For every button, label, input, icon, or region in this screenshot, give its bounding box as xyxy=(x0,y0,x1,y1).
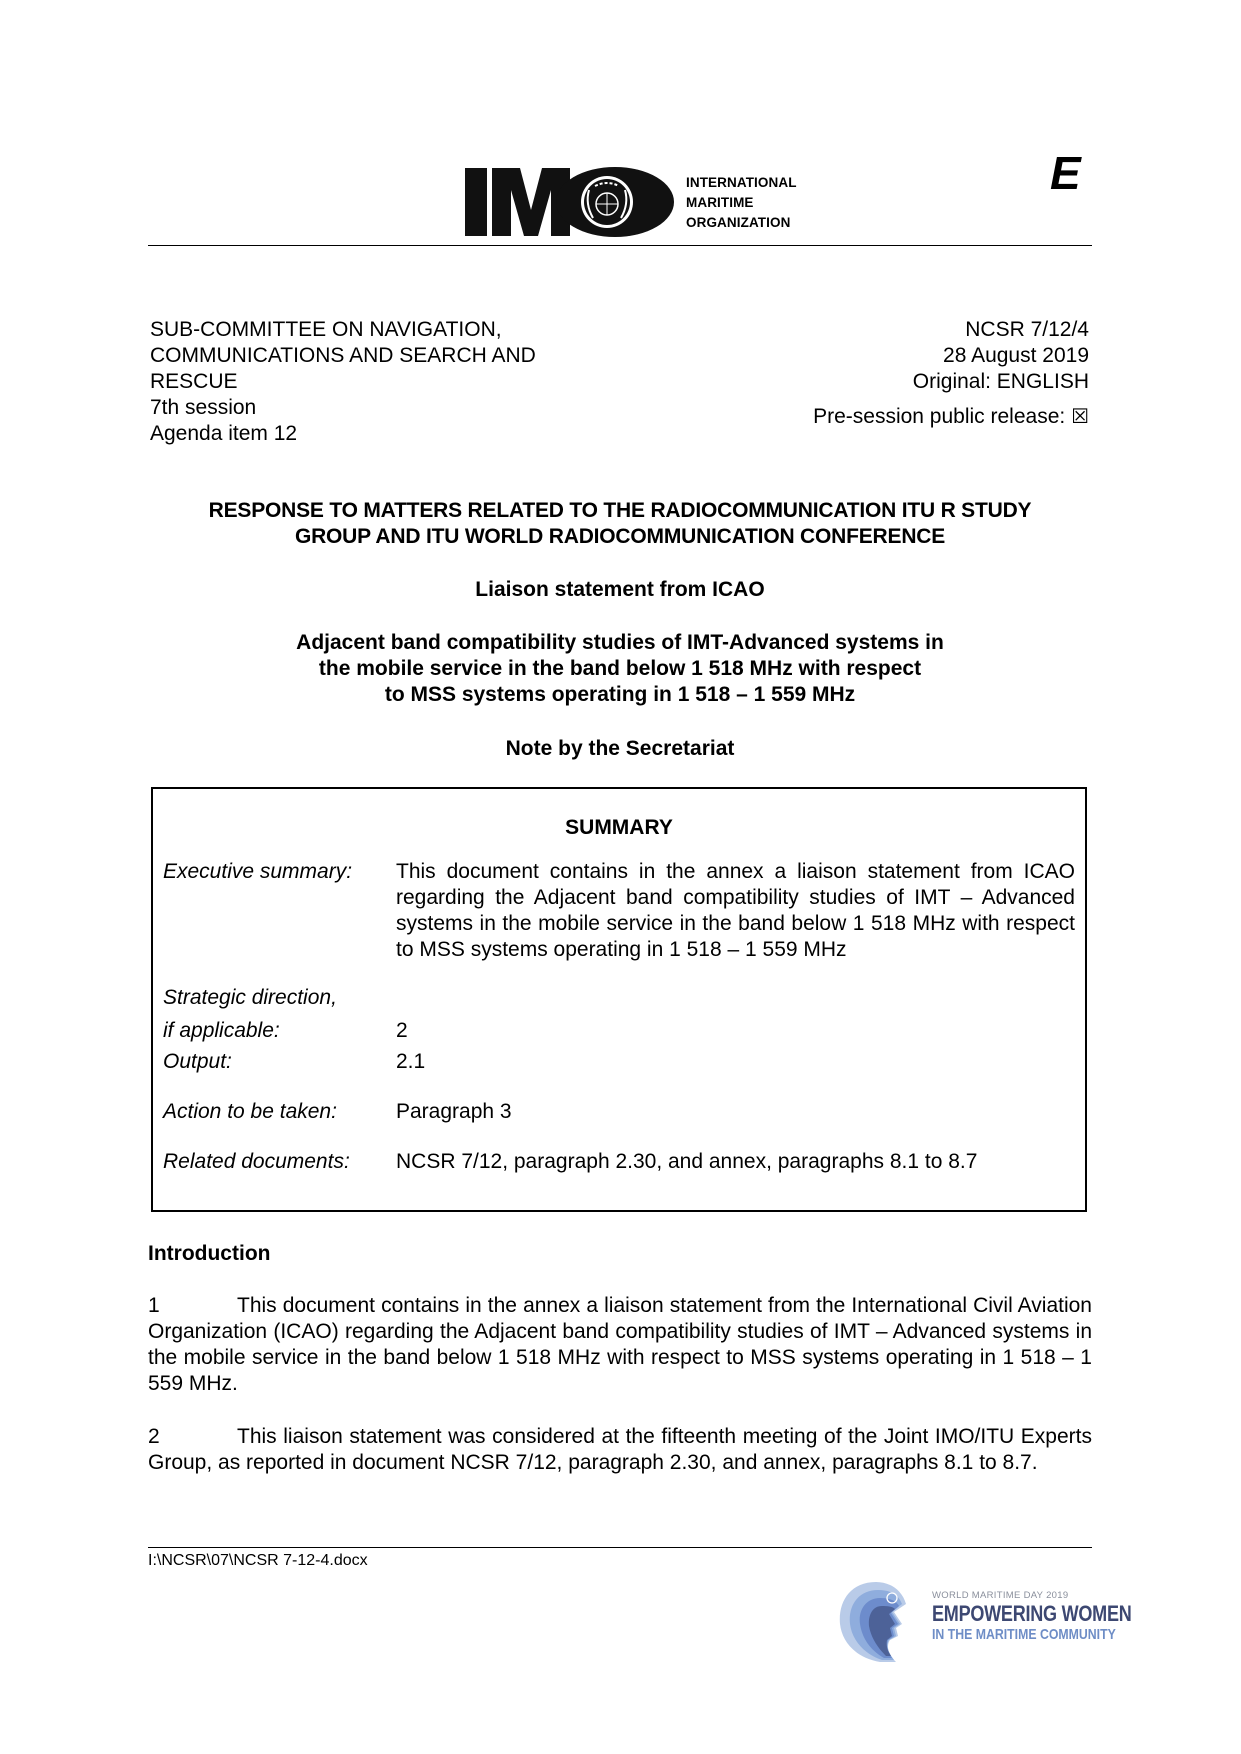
committee-line: SUB-COMMITTEE ON NAVIGATION, xyxy=(150,317,536,343)
imo-letters-icon xyxy=(465,166,675,238)
liaison-subtitle: Liaison statement from ICAO xyxy=(148,577,1092,603)
summary-label: Strategic direction, if applicable: xyxy=(163,985,393,1044)
summary-label: Output: xyxy=(163,1049,393,1075)
organization-name: INTERNATIONAL MARITIME ORGANIZATION xyxy=(686,173,797,233)
summary-heading: SUMMARY xyxy=(153,815,1085,841)
document-info: NCSR 7/12/4 28 August 2019 Original: ENG… xyxy=(813,317,1089,430)
org-name-line: ORGANIZATION xyxy=(686,213,797,233)
subject-line: Adjacent band compatibility studies of I… xyxy=(148,630,1092,656)
campaign-headline: EMPOWERING WOMEN xyxy=(932,1602,1132,1626)
committee-line: RESCUE xyxy=(150,369,536,395)
summary-label-line: if applicable: xyxy=(163,1018,393,1044)
paragraph-text: This document contains in the annex a li… xyxy=(148,1294,1092,1395)
header-divider xyxy=(148,245,1092,246)
pre-session-release: Pre-session public release: ☒ xyxy=(813,403,1089,430)
original-language: Original: ENGLISH xyxy=(813,369,1089,395)
session: 7th session xyxy=(150,395,536,421)
summary-label: Related documents: xyxy=(163,1149,393,1175)
subject-line: the mobile service in the band below 1 5… xyxy=(148,656,1092,682)
summary-value: This document contains in the annex a li… xyxy=(396,859,1075,963)
agenda-item: Agenda item 12 xyxy=(150,421,536,447)
org-name-line: MARITIME xyxy=(686,193,797,213)
summary-label-line: Strategic direction, xyxy=(163,985,393,1011)
subject-subtitle: Adjacent band compatibility studies of I… xyxy=(148,630,1092,708)
paragraph-1: 1This document contains in the annex a l… xyxy=(148,1293,1092,1397)
paragraph-text: This liaison statement was considered at… xyxy=(148,1425,1092,1474)
summary-label: Action to be taken: xyxy=(163,1099,393,1125)
document-title: RESPONSE TO MATTERS RELATED TO THE RADIO… xyxy=(148,498,1092,550)
document-symbol: NCSR 7/12/4 xyxy=(813,317,1089,343)
introduction-heading: Introduction xyxy=(148,1241,270,1267)
committee-info: SUB-COMMITTEE ON NAVIGATION, COMMUNICATI… xyxy=(150,317,536,447)
summary-value: 2.1 xyxy=(396,1049,1075,1075)
imo-logo: INTERNATIONAL MARITIME ORGANIZATION xyxy=(465,166,825,238)
footer-divider xyxy=(148,1547,1092,1548)
org-name-line: INTERNATIONAL xyxy=(686,173,797,193)
pre-session-label: Pre-session public release: xyxy=(813,405,1065,428)
paragraph-number: 1 xyxy=(148,1293,237,1319)
title-line: GROUP AND ITU WORLD RADIOCOMMUNICATION C… xyxy=(148,524,1092,550)
note-by: Note by the Secretariat xyxy=(148,736,1092,762)
document-date: 28 August 2019 xyxy=(813,343,1089,369)
file-path: I:\NCSR\07\NCSR 7-12-4.docx xyxy=(148,1551,368,1571)
summary-box: SUMMARY Executive summary: This document… xyxy=(151,787,1087,1212)
checked-box-icon: ☒ xyxy=(1071,404,1089,428)
subject-line: to MSS systems operating in 1 518 – 1 55… xyxy=(148,682,1092,708)
campaign-subline: IN THE MARITIME COMMUNITY xyxy=(932,1626,1132,1644)
woman-profile-icon xyxy=(836,1576,932,1664)
paragraph-number: 2 xyxy=(148,1424,237,1450)
campaign-text: WORLD MARITIME DAY 2019 EMPOWERING WOMEN… xyxy=(932,1590,1175,1644)
world-maritime-day-logo: WORLD MARITIME DAY 2019 EMPOWERING WOMEN… xyxy=(836,1576,1086,1664)
summary-value: 2 xyxy=(396,1018,1075,1044)
summary-value: NCSR 7/12, paragraph 2.30, and annex, pa… xyxy=(396,1149,1075,1175)
language-mark: E xyxy=(1050,148,1081,198)
title-line: RESPONSE TO MATTERS RELATED TO THE RADIO… xyxy=(148,498,1092,524)
summary-label: Executive summary: xyxy=(163,859,393,885)
paragraph-2: 2This liaison statement was considered a… xyxy=(148,1424,1092,1476)
summary-value: Paragraph 3 xyxy=(396,1099,1075,1125)
committee-line: COMMUNICATIONS AND SEARCH AND xyxy=(150,343,536,369)
